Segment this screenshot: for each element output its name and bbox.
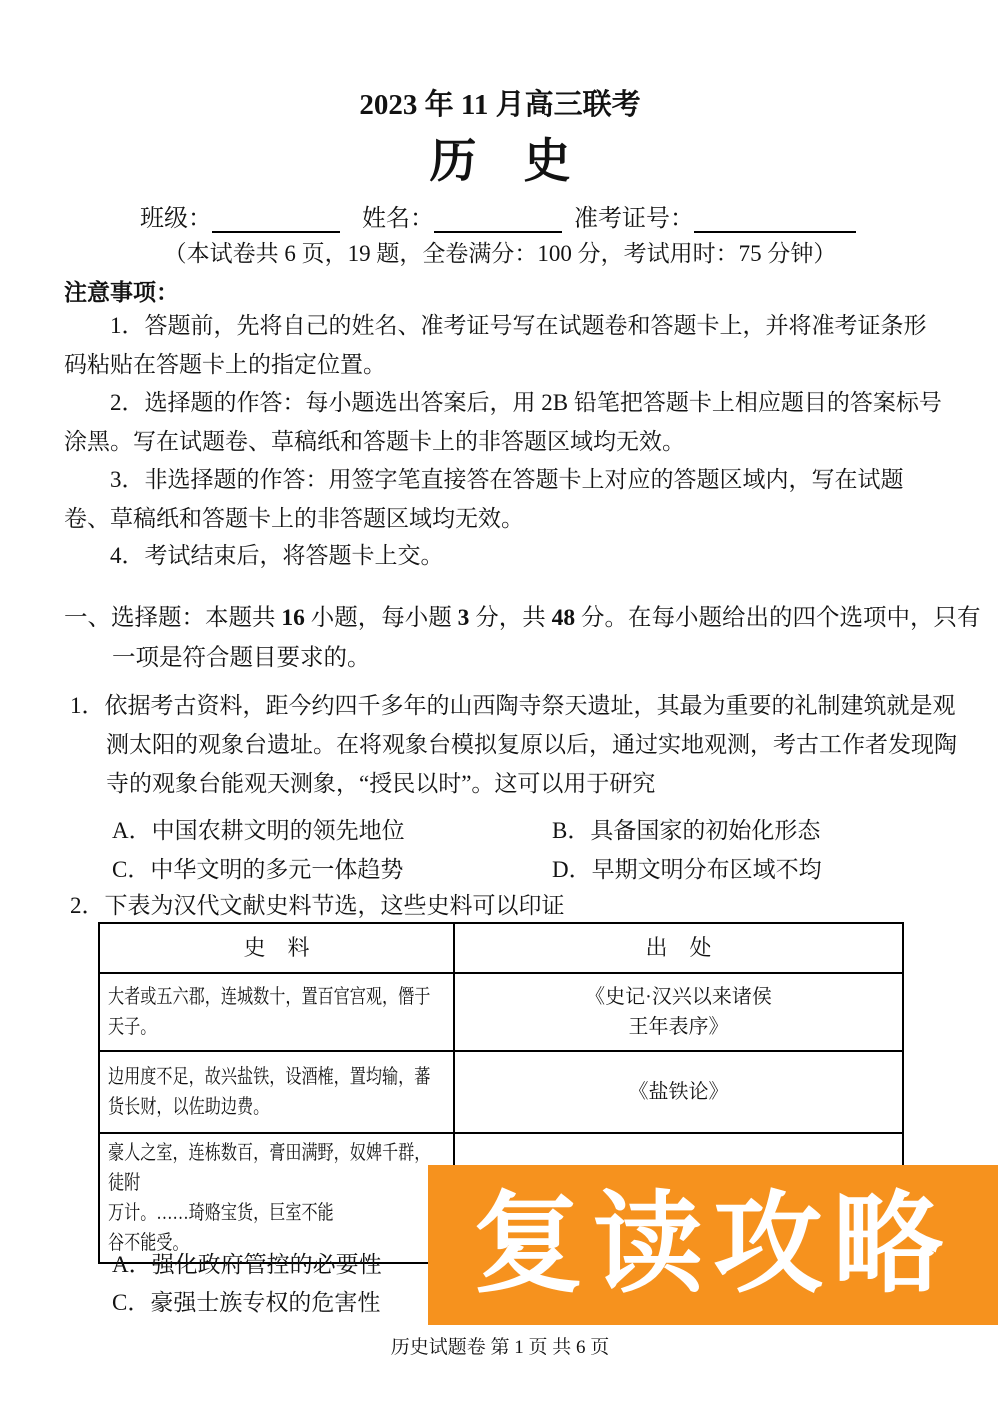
source-cell: 豪人之室，连栋数百，膏田满野，奴婢千群，徒附 万计。……琦赂宝货，巨室不能 谷不… [99,1133,454,1263]
q2-option-c-label: C． [112,1290,150,1315]
q2-option-c-text: 豪强士族专权的危害性 [150,1290,380,1315]
option-b-text: 具备国家的初始化形态 [590,818,820,843]
source-cell: 大者或五六郡，连城数十，置百官宫观，僭于天子。 [99,973,454,1051]
table-header-origin: 出 处 [454,923,903,973]
q2-option-a-text: 强化政府管控的必要性 [152,1252,382,1277]
notice-item-1: 1．答题前，先将自己的姓名、准考证号写在试题卷和答题卡上，并将准考证条形码粘贴在… [64,306,942,384]
option-b-label: B． [552,818,590,843]
option-c: C．中华文明的多元一体趋势 [112,851,552,884]
class-blank-field [212,207,340,233]
admission-label: 准考证号： [574,206,694,232]
name-blank-field [434,207,562,233]
table-row: 边用度不足，故兴盐铁，设酒榷，置均输，蕃货长财，以佐助边费。 《盐铁论》 [99,1051,903,1133]
question-2-option-c: C．豪强士族专权的危害性 [112,1284,380,1317]
origin-cell: 《史记·汉兴以来诸侯 王年表序》 [454,973,903,1051]
option-a-text: 中国农耕文明的领先地位 [152,818,405,843]
question-1: 1．依据考古资料，距今约四千多年的山西陶寺祭天遗址，其最为重要的礼制建筑就是观测… [70,686,978,803]
table-header-row: 史 料 出 处 [99,923,903,973]
q2-option-a-label: A． [112,1252,152,1277]
notice-item-4: 4．考试结束后，将答题卡上交。 [64,536,942,575]
class-label: 班级： [140,206,212,232]
question-1-options-row-1: A．中国农耕文明的领先地位 B．具备国家的初始化形态 [112,812,942,845]
option-d-text: 早期文明分布区域不均 [592,857,822,882]
question-1-options-row-2: C．中华文明的多元一体趋势 D．早期文明分布区域不均 [112,851,942,884]
option-c-label: C． [112,857,150,882]
option-a: A．中国农耕文明的领先地位 [112,812,552,845]
notice-heading: 注意事项： [64,274,179,307]
notice-item-2: 2．选择题的作答：每小题选出答案后，用 2B 铅笔把答题卡上相应题目的答案标号涂… [64,383,942,461]
question-1-text: 依据考古资料，距今约四千多年的山西陶寺祭天遗址，其最为重要的礼制建筑就是观测太阳… [105,693,958,796]
exam-paper-page: 2023 年 11 月高三联考 历 史 班级：姓名：准考证号： （本试卷共 6 … [0,0,1000,1412]
source-cell: 边用度不足，故兴盐铁，设酒榷，置均输，蕃货长财，以佐助边费。 [99,1051,454,1133]
question-2-text: 下表为汉代文献史料节选，这些史料可以印证 [105,893,565,918]
option-c-text: 中华文明的多元一体趋势 [150,857,403,882]
watermark-banner: 复读攻略 [428,1165,998,1325]
exam-title: 2023 年 11 月高三联考 [0,82,1000,123]
origin-cell: 《盐铁论》 [454,1051,903,1133]
question-2: 2．下表为汉代文献史料节选，这些史料可以印证 [70,886,978,925]
option-a-label: A． [112,818,152,843]
option-d-label: D． [552,857,592,882]
section-one-heading: 一、选择题：本题共 16 小题，每小题 3 分，共 48 分。在每小题给出的四个… [64,598,992,678]
admission-blank-field [694,207,856,233]
option-d: D．早期文明分布区域不均 [552,851,822,884]
question-1-number: 1． [70,693,105,718]
page-footer: 历史试题卷 第 1 页 共 6 页 [0,1332,1000,1359]
notice-item-3: 3．非选择题的作答：用签字笔直接答在答题卡上对应的答题区域内，写在试题卷、草稿纸… [64,460,942,538]
student-info-row: 班级：姓名：准考证号： [140,198,880,233]
question-2-number: 2． [70,893,105,918]
table-row: 大者或五六郡，连城数十，置百官宫观，僭于天子。 《史记·汉兴以来诸侯 王年表序》 [99,973,903,1051]
table-header-source: 史 料 [99,923,454,973]
subject-title: 历 史 [0,124,1000,191]
name-label: 姓名： [362,206,434,232]
question-2-option-a: A．强化政府管控的必要性 [112,1246,382,1279]
paper-info-line: （本试卷共 6 页，19 题，全卷满分：100 分，考试用时：75 分钟） [0,235,1000,268]
option-b: B．具备国家的初始化形态 [552,812,820,845]
